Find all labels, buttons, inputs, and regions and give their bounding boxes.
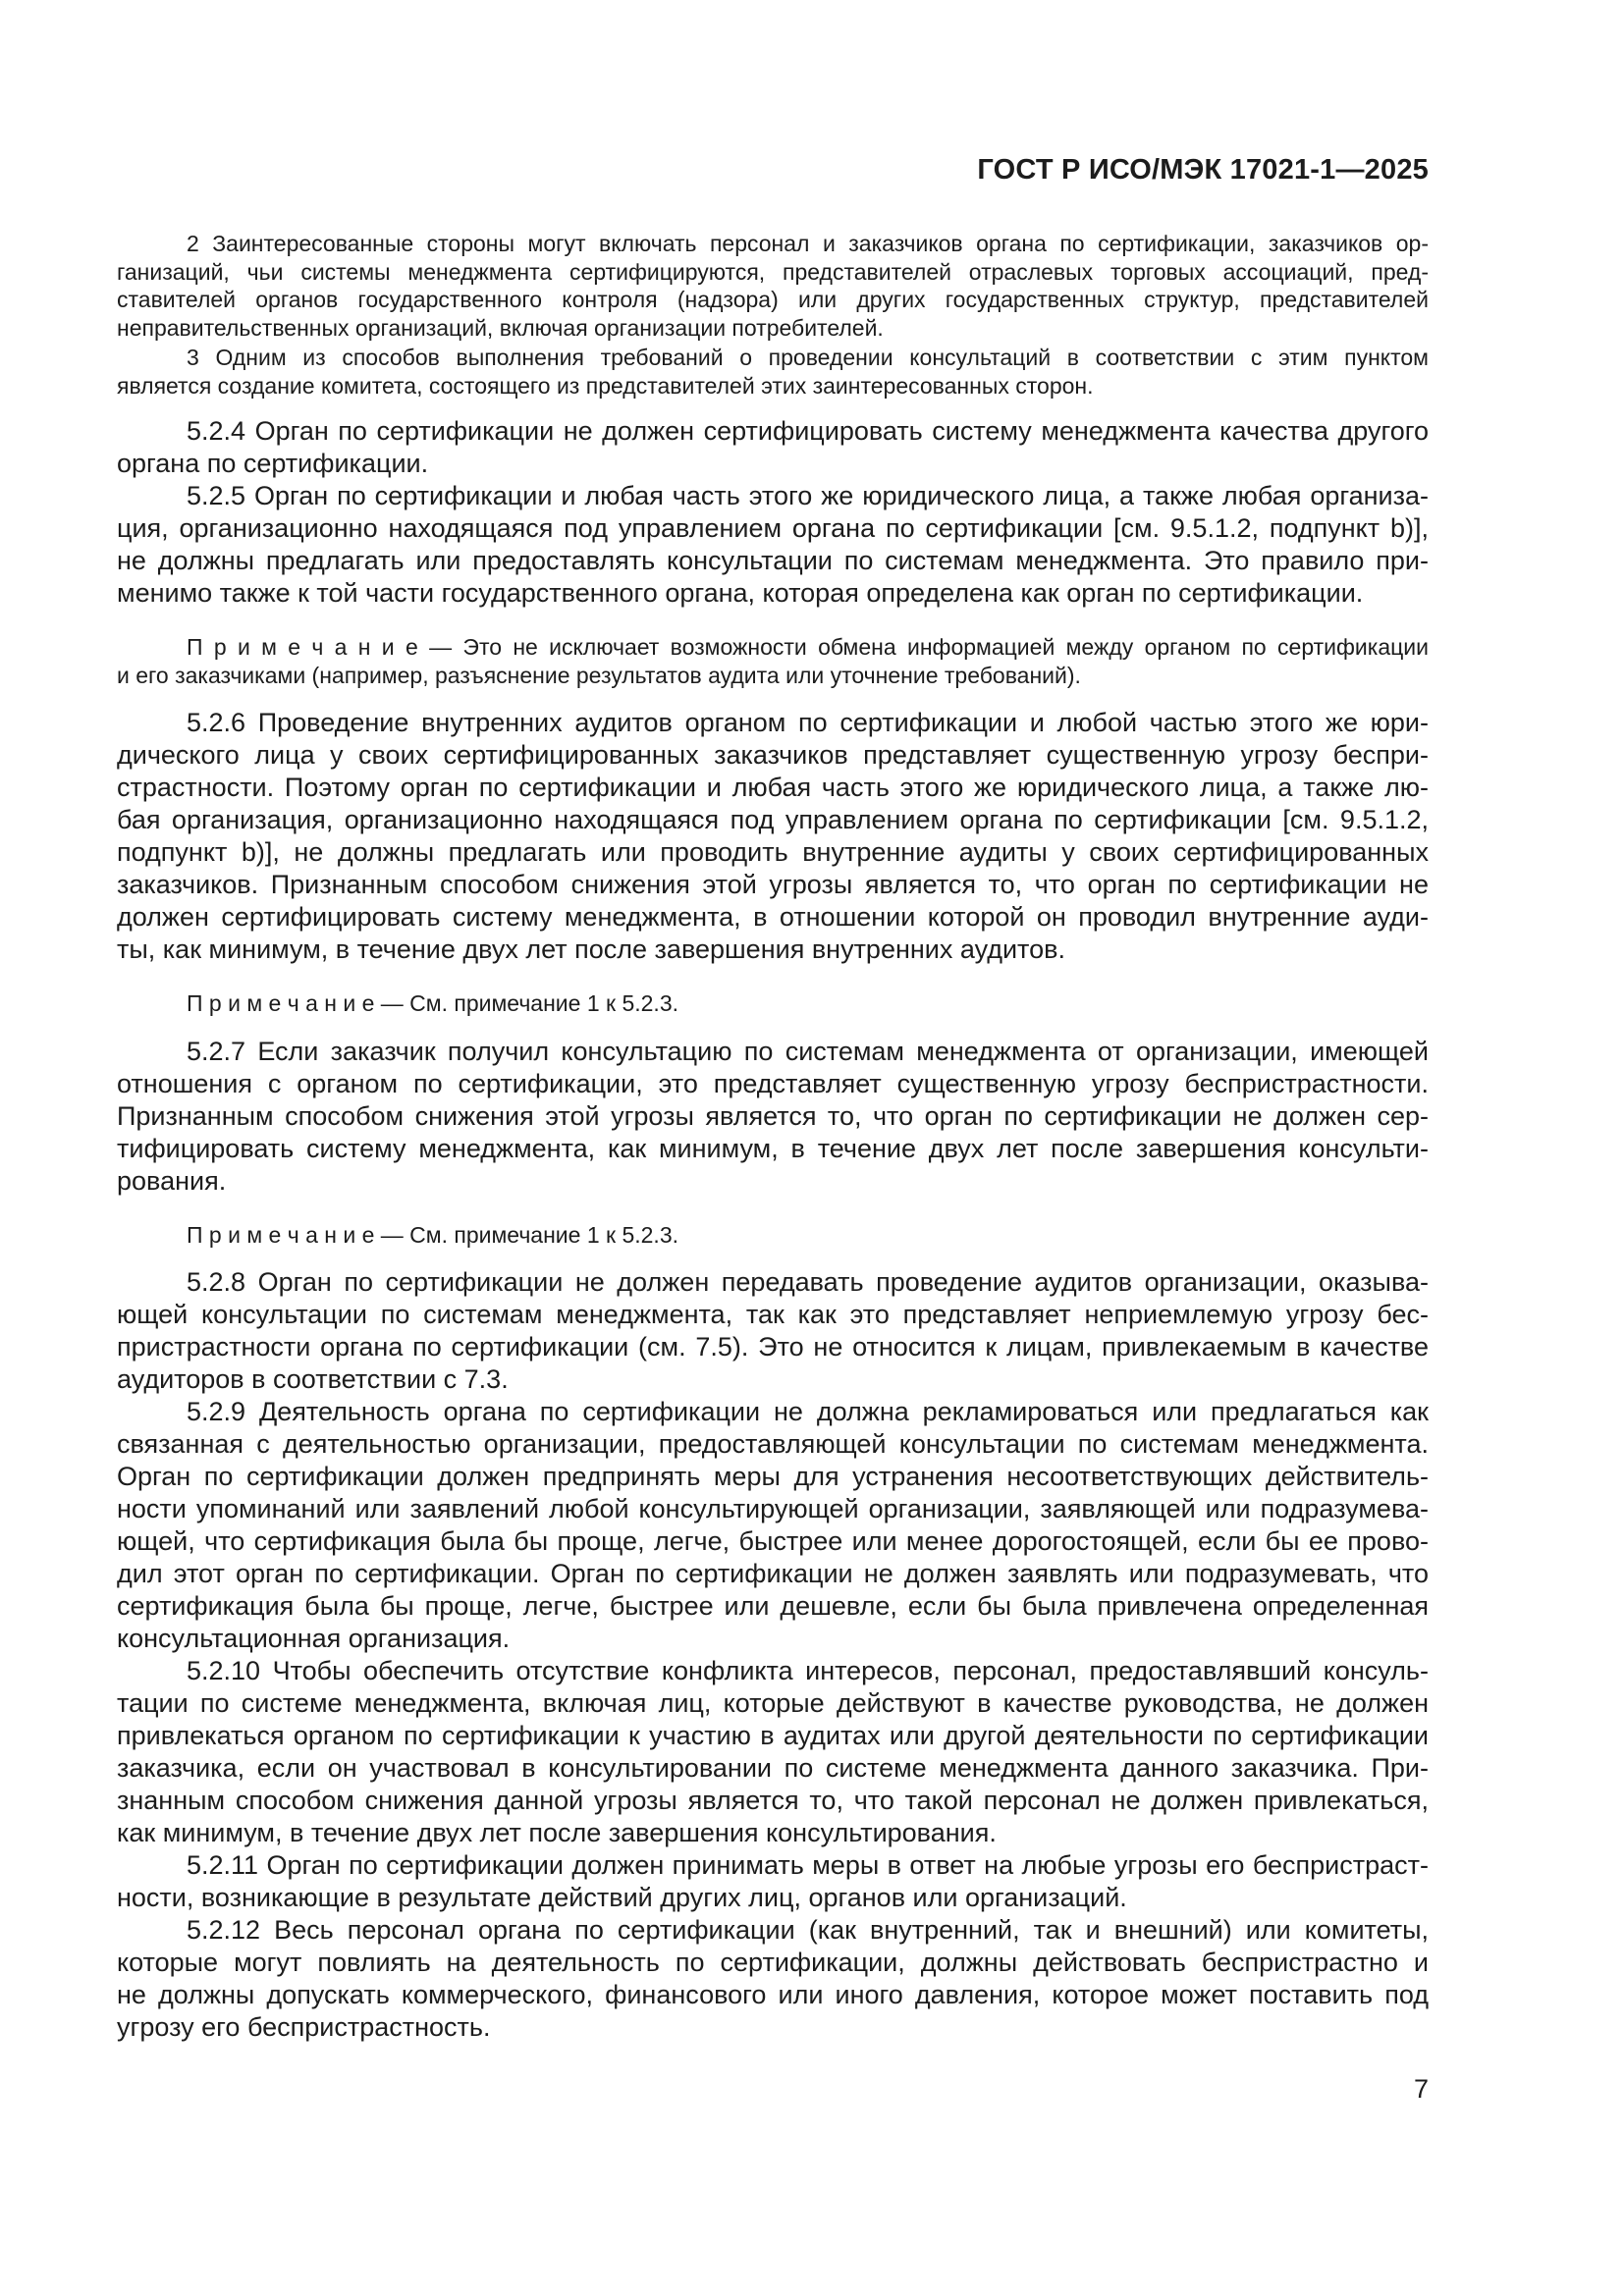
document-content: ГОСТ Р ИСО/МЭК 17021-1—2025 2 Заинтересо… — [117, 0, 1429, 2106]
text-line: 5.2.7 Если заказчик получил консультацию… — [117, 1036, 1429, 1068]
note-paragraph: 2 Заинтересованные стороны могут включат… — [117, 230, 1429, 342]
note-paragraph: П р и м е ч а н и е — Это не исключает в… — [117, 633, 1429, 689]
text-line: как минимум, в течение двух лет после за… — [117, 1817, 1429, 1849]
text-line: 5.2.5 Орган по сертификации и любая част… — [117, 480, 1429, 512]
body-paragraph: 5.2.9 Деятельность органа по сертификаци… — [117, 1396, 1429, 1655]
text-line: тифицировать систему менеджмента, как ми… — [117, 1133, 1429, 1165]
text-line: пристрастности органа по сертификации (с… — [117, 1331, 1429, 1363]
text-line: аудиторов в соответствии с 7.3. — [117, 1363, 1429, 1396]
text-line: рования. — [117, 1165, 1429, 1198]
text-line: не должны допускать коммерческого, финан… — [117, 1979, 1429, 2011]
text-line: заказчиков. Признанным способом снижения… — [117, 869, 1429, 901]
text-line: 5.2.10 Чтобы обеспечить отсутствие конфл… — [117, 1655, 1429, 1687]
note-paragraph: П р и м е ч а н и е — См. примечание 1 к… — [117, 989, 1429, 1018]
body-paragraph: 5.2.12 Весь персонал органа по сертифика… — [117, 1914, 1429, 2044]
text-line: заказчика, если он участвовал в консульт… — [117, 1752, 1429, 1785]
text-line: ности, возникающие в результате действий… — [117, 1882, 1429, 1914]
text-line: отношения с органом по сертификации, это… — [117, 1068, 1429, 1100]
body-paragraph: 5.2.11 Орган по сертификации должен прин… — [117, 1849, 1429, 1914]
body-paragraph: 5.2.6 Проведение внутренних аудитов орга… — [117, 707, 1429, 966]
document-body: 2 Заинтересованные стороны могут включат… — [117, 230, 1429, 2044]
text-line: связанная с деятельностью организации, п… — [117, 1428, 1429, 1461]
text-line: тации по системе менеджмента, включая ли… — [117, 1687, 1429, 1720]
text-line: знанным способом снижения данной угрозы … — [117, 1785, 1429, 1817]
text-line: 5.2.11 Орган по сертификации должен прин… — [117, 1849, 1429, 1882]
text-line: органа по сертификации. — [117, 448, 1429, 480]
text-line: ция, организационно находящаяся под упра… — [117, 512, 1429, 545]
text-line: страстности. Поэтому орган по сертификац… — [117, 772, 1429, 804]
text-line: 5.2.6 Проведение внутренних аудитов орга… — [117, 707, 1429, 739]
text-line: привлекаться органом по сертификации к у… — [117, 1720, 1429, 1752]
standard-designation-header: ГОСТ Р ИСО/МЭК 17021-1—2025 — [117, 0, 1429, 185]
text-line: ности упоминаний или заявлений любой кон… — [117, 1493, 1429, 1525]
text-line: П р и м е ч а н и е — Это не исключает в… — [117, 633, 1429, 662]
text-line: П р и м е ч а н и е — См. примечание 1 к… — [117, 989, 1429, 1018]
note-paragraph: 3 Одним из способов выполнения требовани… — [117, 344, 1429, 400]
body-paragraph: 5.2.5 Орган по сертификации и любая част… — [117, 480, 1429, 610]
text-line: Орган по сертификации должен предпринять… — [117, 1461, 1429, 1493]
text-line: П р и м е ч а н и е — См. примечание 1 к… — [117, 1221, 1429, 1250]
document-page: ГОСТ Р ИСО/МЭК 17021-1—2025 2 Заинтересо… — [0, 0, 1624, 2296]
text-line: дического лица у своих сертифицированных… — [117, 739, 1429, 772]
text-line: угрозу его беспристрастность. — [117, 2011, 1429, 2044]
text-line: дил этот орган по сертификации. Орган по… — [117, 1558, 1429, 1590]
text-line: и его заказчиками (например, разъяснение… — [117, 662, 1429, 690]
text-line: ставителей органов государственного конт… — [117, 286, 1429, 314]
body-paragraph: 5.2.4 Орган по сертификации не должен се… — [117, 415, 1429, 480]
text-line: ты, как минимум, в течение двух лет посл… — [117, 934, 1429, 966]
body-paragraph: 5.2.10 Чтобы обеспечить отсутствие конфл… — [117, 1655, 1429, 1849]
text-line: не должны предлагать или предоставлять к… — [117, 545, 1429, 577]
text-line: подпункт b)], не должны предлагать или п… — [117, 836, 1429, 869]
page-number: 7 — [117, 2073, 1429, 2106]
text-line: менимо также к той части государственног… — [117, 577, 1429, 610]
text-line: ганизаций, чьи системы менеджмента серти… — [117, 258, 1429, 287]
text-line: является создание комитета, состоящего и… — [117, 372, 1429, 400]
text-line: Признанным способом снижения этой угрозы… — [117, 1100, 1429, 1133]
text-line: 2 Заинтересованные стороны могут включат… — [117, 230, 1429, 258]
text-line: неправительственных организаций, включая… — [117, 314, 1429, 343]
text-line: которые могут повлиять на деятельность п… — [117, 1947, 1429, 1979]
body-paragraph: 5.2.7 Если заказчик получил консультацию… — [117, 1036, 1429, 1198]
note-paragraph: П р и м е ч а н и е — См. примечание 1 к… — [117, 1221, 1429, 1250]
text-line: 5.2.12 Весь персонал органа по сертифика… — [117, 1914, 1429, 1947]
text-line: 5.2.8 Орган по сертификации не должен пе… — [117, 1266, 1429, 1299]
text-line: 5.2.4 Орган по сертификации не должен се… — [117, 415, 1429, 448]
text-line: ющей консультации по системам менеджмент… — [117, 1299, 1429, 1331]
text-line: должен сертифицировать систему менеджмен… — [117, 901, 1429, 934]
body-paragraph: 5.2.8 Орган по сертификации не должен пе… — [117, 1266, 1429, 1396]
text-line: 3 Одним из способов выполнения требовани… — [117, 344, 1429, 372]
text-line: консультационная организация. — [117, 1623, 1429, 1655]
text-line: сертификация была бы проще, легче, быстр… — [117, 1590, 1429, 1623]
text-line: бая организация, организационно находяща… — [117, 804, 1429, 836]
text-line: 5.2.9 Деятельность органа по сертификаци… — [117, 1396, 1429, 1428]
text-line: ющей, что сертификация была бы проще, ле… — [117, 1525, 1429, 1558]
